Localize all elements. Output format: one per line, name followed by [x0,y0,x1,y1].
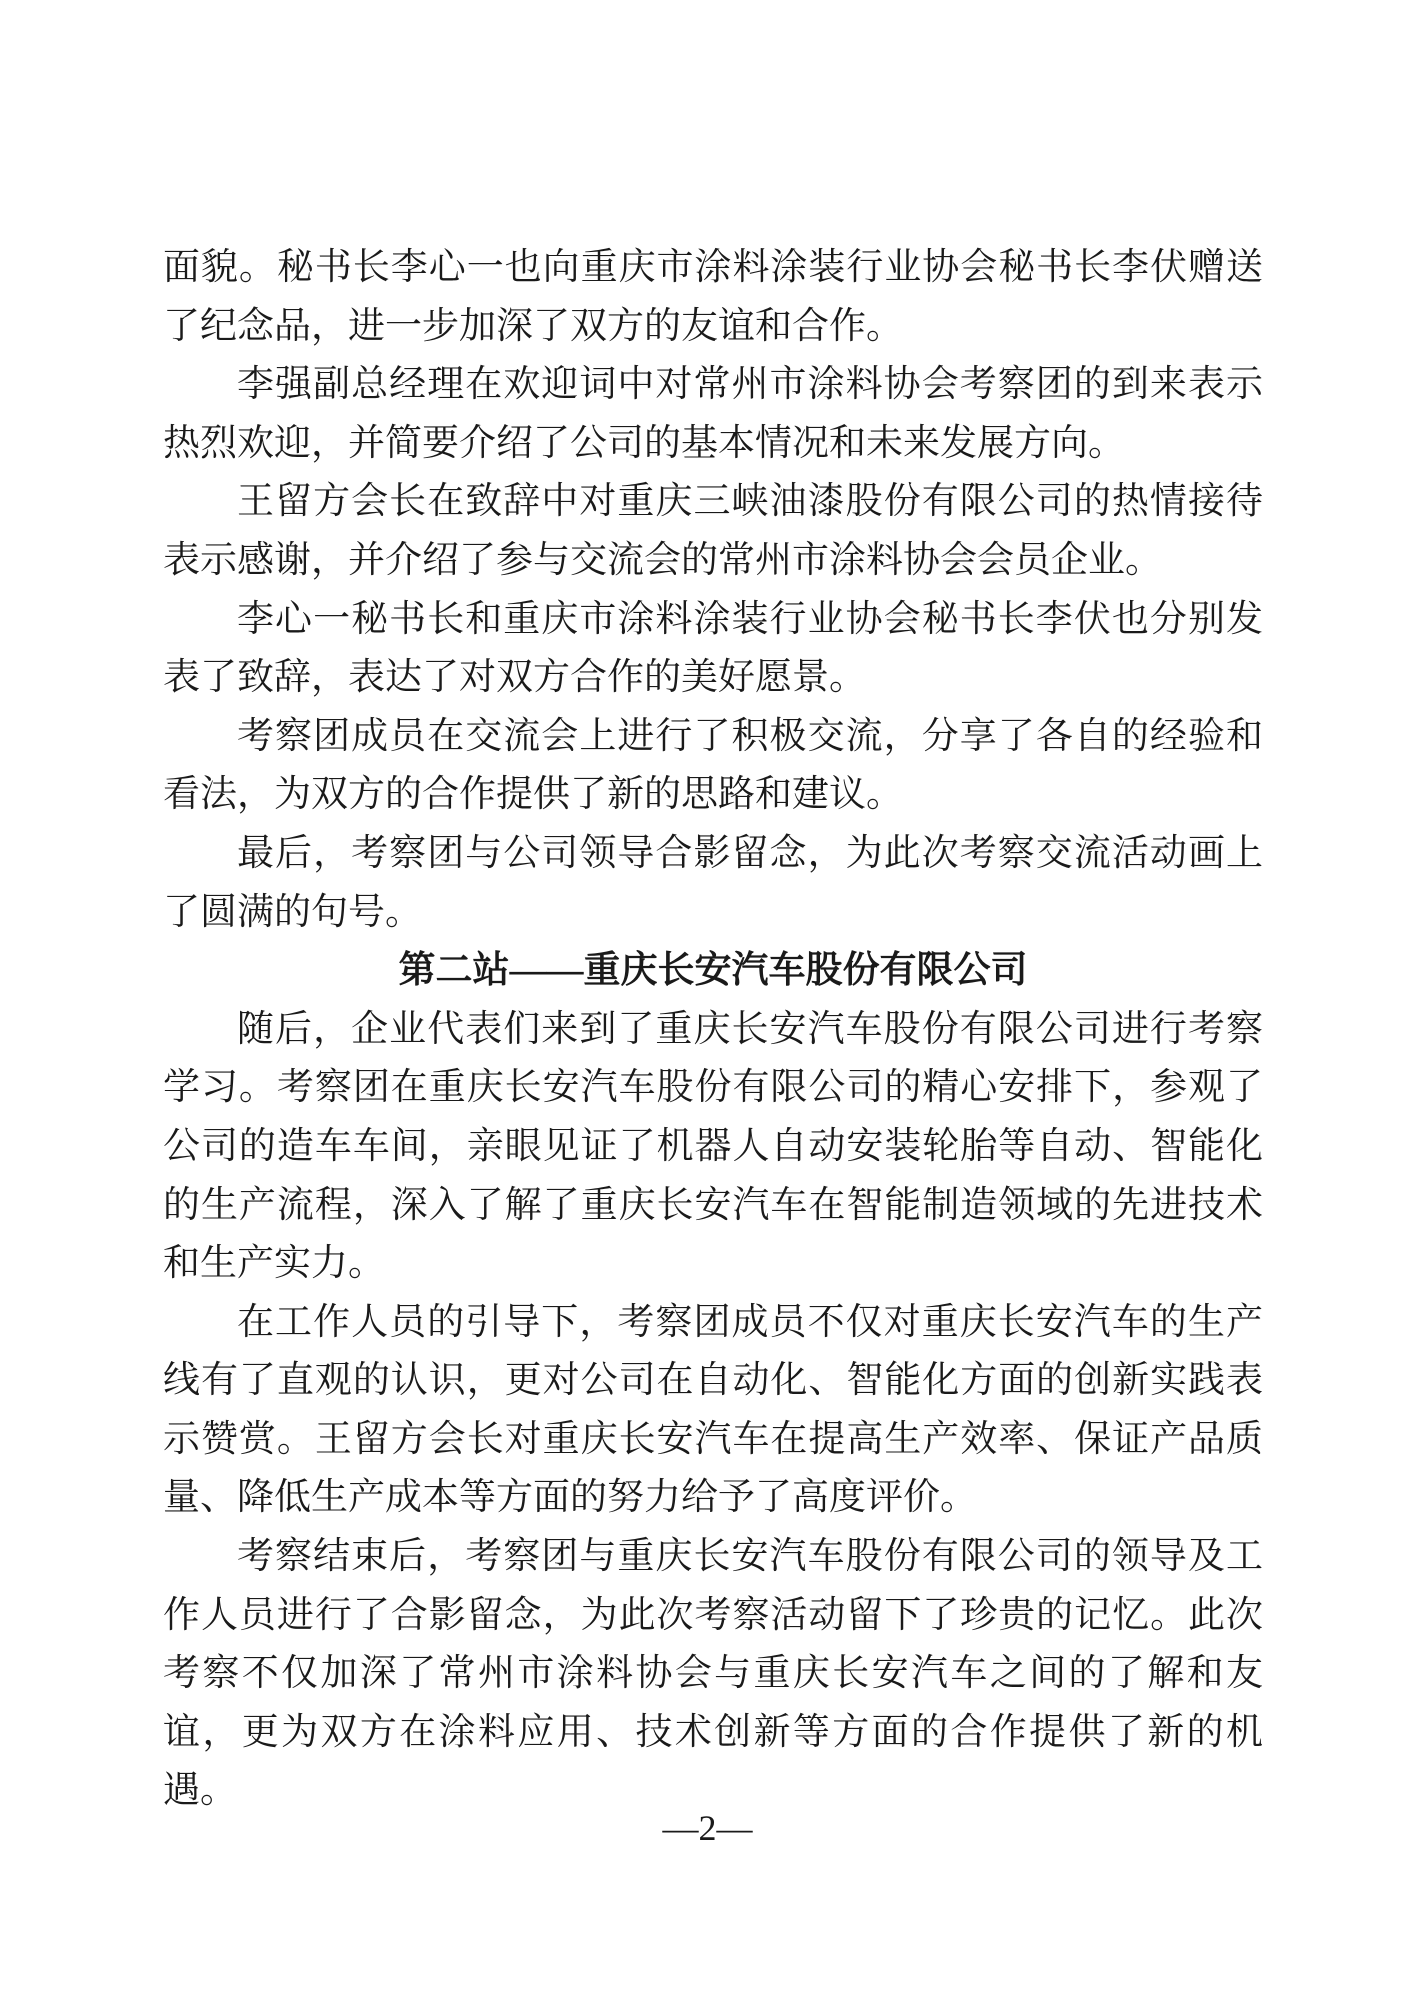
paragraph: 李强副总经理在欢迎词中对常州市涂料协会考察团的到来表示热烈欢迎，并简要介绍了公司… [163,356,1263,473]
document-page: 面貌。秘书长李心一也向重庆市涂料涂装行业协会秘书长李伏赠送了纪念品，进一步加深了… [0,0,1415,2000]
paragraph: 在工作人员的引导下，考察团成员不仅对重庆长安汽车的生产线有了直观的认识，更对公司… [163,1294,1263,1528]
paragraph: 随后，企业代表们来到了重庆长安汽车股份有限公司进行考察学习。考察团在重庆长安汽车… [163,1001,1263,1294]
paragraph: 最后，考察团与公司领导合影留念，为此次考察交流活动画上了圆满的句号。 [163,825,1263,942]
paragraph: 李心一秘书长和重庆市涂料涂装行业协会秘书长李伏也分别发表了致辞，表达了对双方合作… [163,591,1263,708]
section-heading: 第二站——重庆长安汽车股份有限公司 [163,942,1263,1001]
page-number: —2— [0,1798,1415,1858]
paragraph: 面貌。秘书长李心一也向重庆市涂料涂装行业协会秘书长李伏赠送了纪念品，进一步加深了… [163,239,1263,356]
paragraph: 考察结束后，考察团与重庆长安汽车股份有限公司的领导及工作人员进行了合影留念，为此… [163,1528,1263,1821]
paragraph: 王留方会长在致辞中对重庆三峡油漆股份有限公司的热情接待表示感谢，并介绍了参与交流… [163,473,1263,590]
paragraph: 考察团成员在交流会上进行了积极交流，分享了各自的经验和看法，为双方的合作提供了新… [163,708,1263,825]
document-body: 面貌。秘书长李心一也向重庆市涂料涂装行业协会秘书长李伏赠送了纪念品，进一步加深了… [163,239,1263,1821]
